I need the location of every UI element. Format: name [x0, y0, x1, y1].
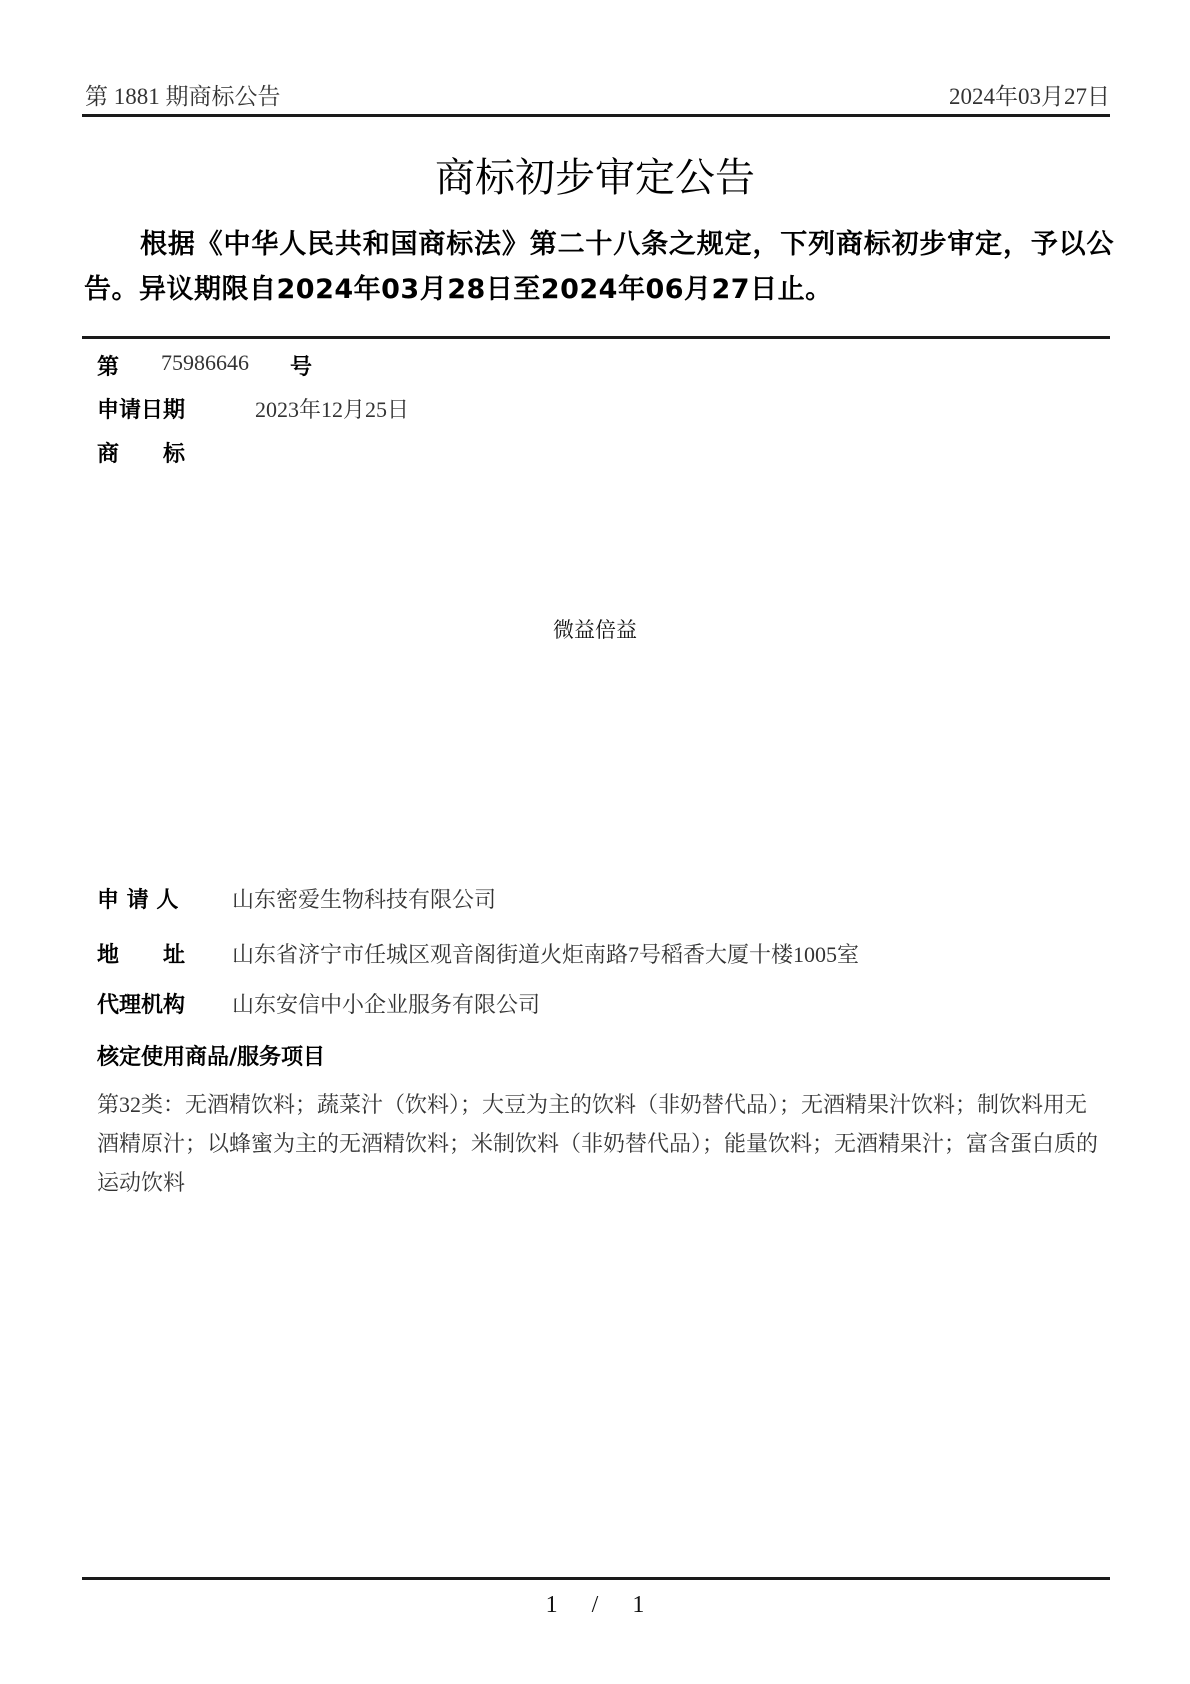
registration-number: 75986646 [161, 350, 249, 376]
address-label: 地 址 [97, 938, 185, 969]
header-divider [82, 114, 1110, 117]
address-value: 山东省济宁市任城区观音阁街道火炬南路7号稻香大厦十楼1005室 [232, 938, 859, 969]
issue-label: 第 1881 期商标公告 [85, 78, 281, 111]
page-number: 1 / 1 [0, 1592, 1190, 1619]
registration-prefix: 第 [97, 350, 119, 381]
trademark-label: 商 标 [97, 437, 185, 468]
application-date-value: 2023年12月25日 [255, 393, 409, 424]
footer-divider [82, 1577, 1110, 1580]
applicant-label: 申 请 人 [97, 883, 178, 914]
trademark-image-text: 微益倍益 [0, 614, 1190, 644]
goods-label: 核定使用商品/服务项目 [97, 1040, 325, 1071]
page-title: 商标初步审定公告 [0, 146, 1190, 203]
goods-list: 第32类：无酒精饮料；蔬菜汁（饮料）；大豆为主的饮料（非奶替代品）；无酒精果汁饮… [97, 1085, 1107, 1202]
agency-value: 山东安信中小企业服务有限公司 [232, 988, 540, 1019]
section-divider [82, 336, 1110, 339]
intro-paragraph: 根据《中华人民共和国商标法》第二十八条之规定，下列商标初步审定，予以公告。异议期… [84, 222, 1114, 312]
issue-date: 2024年03月27日 [949, 78, 1110, 111]
agency-label: 代理机构 [97, 988, 185, 1019]
applicant-value: 山东密爱生物科技有限公司 [232, 883, 496, 914]
application-date-label: 申请日期 [97, 393, 185, 424]
registration-suffix: 号 [290, 350, 312, 381]
